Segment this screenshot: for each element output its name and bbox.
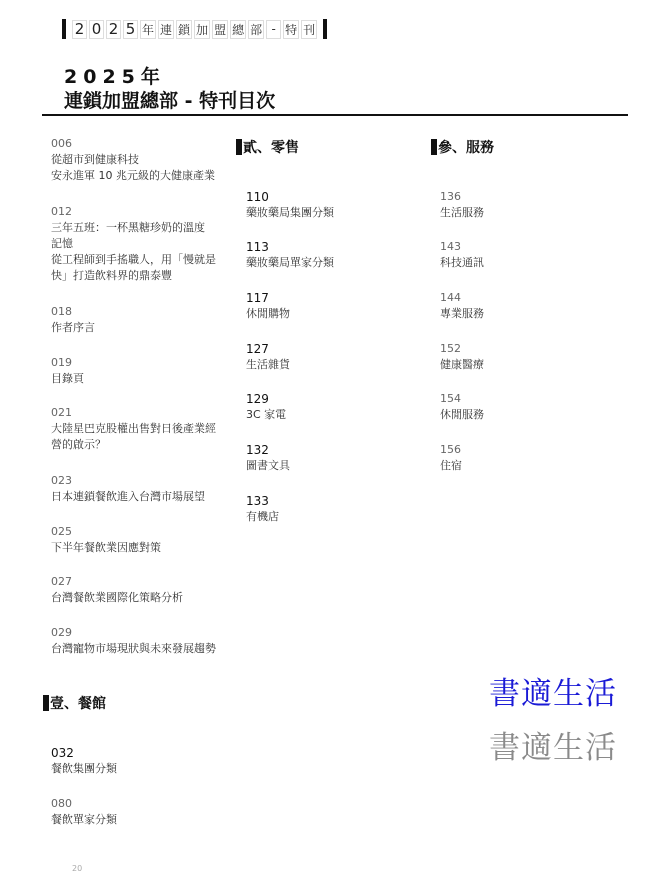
toc-entry[interactable]: 029 台灣寵物市場現狀與未來發展趨勢 [51, 625, 216, 657]
toc-entry[interactable]: 006 從超市到健康科技 安永進軍 10 兆元級的大健康產業 [51, 136, 215, 184]
toc-entry[interactable]: 117 休閒購物 [246, 290, 290, 322]
header-bar-right [323, 19, 327, 39]
page-number: 023 [51, 473, 205, 489]
title-year: 2025年 [64, 62, 166, 89]
entry-title: 圖書文具 [246, 458, 290, 474]
page-number: 113 [246, 239, 334, 255]
entry-title: 健康醫療 [440, 357, 484, 373]
toc-entry[interactable]: 019 目錄頁 [51, 355, 84, 387]
toc-entry[interactable]: 143 科技通訊 [440, 239, 484, 271]
entry-title: 餐飲單家分類 [51, 812, 117, 828]
page-number: 025 [51, 524, 161, 540]
entry-title: 休閒服務 [440, 407, 484, 423]
watermark-gray: 書適生活 [489, 722, 617, 767]
entry-title: 目錄頁 [51, 371, 84, 387]
entry-title: 餐飲集團分類 [51, 761, 117, 777]
section-heading-label: 貳、零售 [243, 137, 299, 157]
toc-entry[interactable]: 027 台灣餐飲業國際化策略分析 [51, 574, 183, 606]
page-number: 127 [246, 341, 290, 357]
entry-subtitle: 從工程師到手搖職人，用「慢就是 [51, 252, 216, 268]
entry-title: 營的啟示？ [51, 437, 216, 453]
heading-block-icon [431, 139, 437, 155]
entry-title: 專業服務 [440, 306, 484, 322]
running-header-cells: 2 0 2 5 年 連 鎖 加 盟 總 部 - 特 刊 [72, 20, 317, 39]
toc-entry[interactable]: 080 餐飲單家分類 [51, 796, 117, 828]
header-cell: 年 [140, 20, 156, 39]
header-cell: 2 [72, 20, 87, 39]
toc-entry[interactable]: 110 藥妝藥局集團分類 [246, 189, 334, 221]
entry-title: 下半年餐飲業因應對策 [51, 540, 161, 556]
entry-title: 藥妝藥局集團分類 [246, 205, 334, 221]
entry-title: 有機店 [246, 509, 279, 525]
header-cell: 0 [89, 20, 104, 39]
page-number: 154 [440, 391, 484, 407]
heading-block-icon [236, 139, 242, 155]
toc-entry[interactable]: 127 生活雜貨 [246, 341, 290, 373]
page-number: 012 [51, 204, 216, 220]
entry-title: 住宿 [440, 458, 462, 474]
page-number: 110 [246, 189, 334, 205]
section-heading-restaurants: 壹、餐館 [43, 693, 106, 713]
section-heading-label: 參、服務 [438, 137, 494, 157]
toc-entry[interactable]: 132 圖書文具 [246, 442, 290, 474]
page-number: 027 [51, 574, 183, 590]
page-number: 132 [246, 442, 290, 458]
entry-subtitle: 安永進軍 10 兆元級的大健康產業 [51, 168, 215, 184]
watermark-blue: 書適生活 [489, 668, 617, 713]
header-cell: 特 [283, 20, 299, 39]
header-cell: 部 [248, 20, 264, 39]
page-number: 156 [440, 442, 462, 458]
header-cell: - [266, 20, 281, 39]
toc-entry[interactable]: 032 餐飲集團分類 [51, 745, 117, 777]
header-cell: 鎖 [176, 20, 192, 39]
toc-entry[interactable]: 144 專業服務 [440, 290, 484, 322]
entry-title: 生活服務 [440, 205, 484, 221]
page-number: 019 [51, 355, 84, 371]
page-number: 144 [440, 290, 484, 306]
heading-block-icon [43, 695, 49, 711]
header-cell: 盟 [212, 20, 228, 39]
entry-title: 大陸星巴克股權出售對日後產業經 [51, 421, 216, 437]
page-number: 029 [51, 625, 216, 641]
page-number: 006 [51, 136, 215, 152]
page-title: 連鎖加盟總部 - 特刊目次 [64, 86, 275, 113]
toc-entry[interactable]: 154 休閒服務 [440, 391, 484, 423]
entry-title: 休閒購物 [246, 306, 290, 322]
page-number: 018 [51, 304, 95, 320]
toc-entry[interactable]: 129 3C 家電 [246, 391, 286, 423]
page-number: 021 [51, 405, 216, 421]
header-cell: 5 [123, 20, 138, 39]
page-number: 080 [51, 796, 117, 812]
entry-title: 從超市到健康科技 [51, 152, 215, 168]
toc-entry[interactable]: 136 生活服務 [440, 189, 484, 221]
toc-entry[interactable]: 012 三年五班：一杯黑糖珍奶的溫度 記憶 從工程師到手搖職人，用「慢就是 快」… [51, 204, 216, 284]
page-number: 152 [440, 341, 484, 357]
entry-title: 科技通訊 [440, 255, 484, 271]
page-number: 129 [246, 391, 286, 407]
toc-entry[interactable]: 025 下半年餐飲業因應對策 [51, 524, 161, 556]
section-heading-retail: 貳、零售 [236, 137, 299, 157]
entry-subtitle: 快」打造飲料界的鼎泰豐 [51, 268, 216, 284]
section-heading-label: 壹、餐館 [50, 693, 106, 713]
toc-entry[interactable]: 156 住宿 [440, 442, 462, 474]
running-header: 2 0 2 5 年 連 鎖 加 盟 總 部 - 特 刊 [62, 18, 327, 40]
toc-entry[interactable]: 021 大陸星巴克股權出售對日後產業經 營的啟示？ [51, 405, 216, 453]
title-divider [42, 114, 628, 116]
page-number: 133 [246, 493, 279, 509]
entry-title: 3C 家電 [246, 407, 286, 423]
page-number: 136 [440, 189, 484, 205]
entry-title: 三年五班：一杯黑糖珍奶的溫度 [51, 220, 216, 236]
page-number: 143 [440, 239, 484, 255]
section-heading-services: 參、服務 [431, 137, 494, 157]
page-number-footer: 20 [72, 864, 82, 873]
header-cell: 總 [230, 20, 246, 39]
toc-entry[interactable]: 023 日本連鎖餐飲進入台灣市場展望 [51, 473, 205, 505]
entry-title: 作者序言 [51, 320, 95, 336]
page-number: 117 [246, 290, 290, 306]
header-cell: 連 [158, 20, 174, 39]
header-bar-left [62, 19, 66, 39]
header-cell: 加 [194, 20, 210, 39]
page-number: 032 [51, 745, 117, 761]
entry-title: 台灣餐飲業國際化策略分析 [51, 590, 183, 606]
entry-title: 記憶 [51, 236, 216, 252]
header-cell: 2 [106, 20, 121, 39]
header-cell: 刊 [301, 20, 317, 39]
toc-entry[interactable]: 113 藥妝藥局單家分類 [246, 239, 334, 271]
toc-entry[interactable]: 133 有機店 [246, 493, 279, 525]
toc-entry[interactable]: 018 作者序言 [51, 304, 95, 336]
entry-title: 生活雜貨 [246, 357, 290, 373]
entry-title: 藥妝藥局單家分類 [246, 255, 334, 271]
toc-entry[interactable]: 152 健康醫療 [440, 341, 484, 373]
entry-title: 台灣寵物市場現狀與未來發展趨勢 [51, 641, 216, 657]
entry-title: 日本連鎖餐飲進入台灣市場展望 [51, 489, 205, 505]
